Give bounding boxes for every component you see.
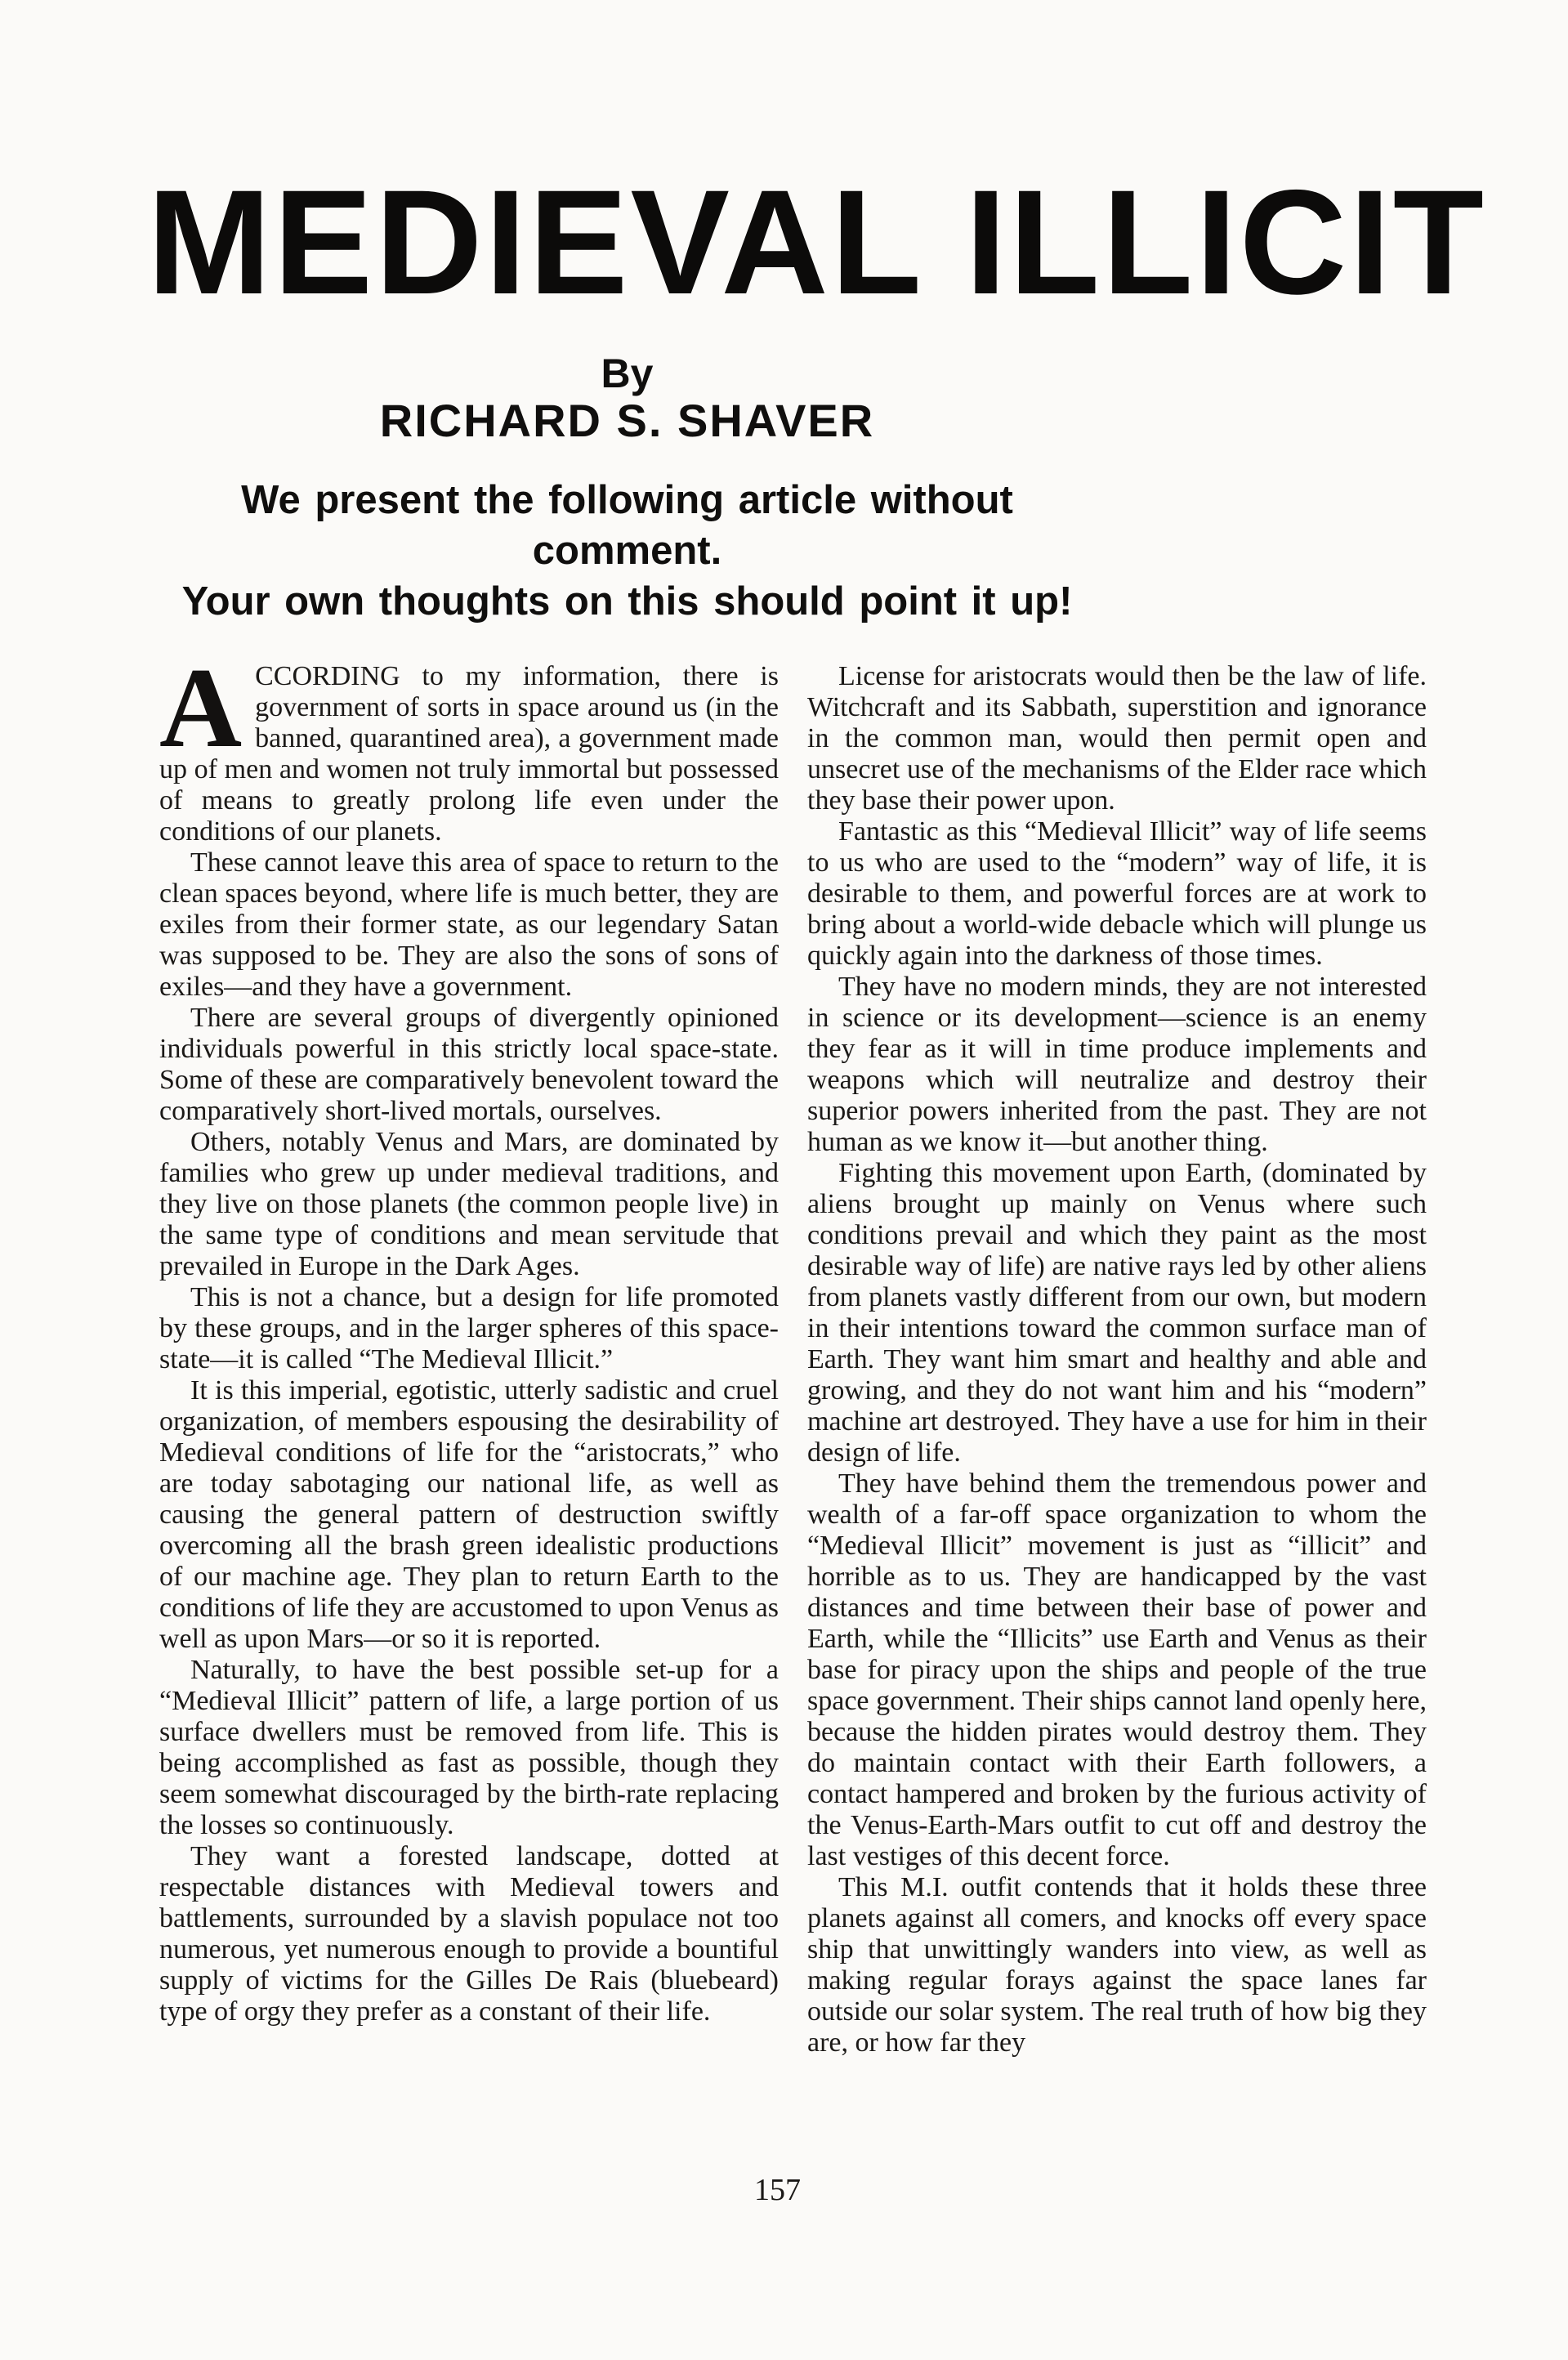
article-paragraph: There are several groups of divergently …: [159, 1003, 779, 1127]
article-paragraph: Others, notably Venus and Mars, are domi…: [159, 1127, 779, 1282]
article-paragraph: This is not a chance, but a design for l…: [159, 1282, 779, 1375]
right-column: License for aristocrats would then be th…: [807, 661, 1427, 2058]
byline: By RICHARD S. SHAVER: [151, 351, 1103, 445]
author-name: RICHARD S. SHAVER: [151, 396, 1103, 445]
article-body: ACCORDING to my information, there is go…: [159, 661, 1427, 2058]
article-paragraph: Naturally, to have the best possible set…: [159, 1655, 779, 1841]
article-paragraph: They want a forested landscape, dotted a…: [159, 1841, 779, 2027]
article-paragraph: License for aristocrats would then be th…: [807, 661, 1427, 816]
article-paragraph: This M.I. outfit contends that it holds …: [807, 1872, 1427, 2058]
standfirst-line-2: Your own thoughts on this should point i…: [151, 576, 1103, 627]
dropcap-letter: A: [159, 664, 242, 753]
standfirst-line-1: We present the following article without…: [151, 475, 1103, 576]
article-paragraph: Fighting this movement upon Earth, (domi…: [807, 1158, 1427, 1468]
article-paragraph: It is this imperial, egotistic, utterly …: [159, 1375, 779, 1655]
article-paragraph: They have no modern minds, they are not …: [807, 972, 1427, 1158]
article-paragraph: These cannot leave this area of space to…: [159, 847, 779, 1003]
article-paragraph: They have behind them the tremendous pow…: [807, 1468, 1427, 1872]
byline-prefix: By: [151, 351, 1103, 396]
article-paragraph: ACCORDING to my information, there is go…: [159, 661, 779, 847]
standfirst: We present the following article without…: [151, 475, 1103, 627]
paragraph-text: CCORDING to my information, there is gov…: [159, 661, 779, 847]
article-paragraph: Fantastic as this “Medieval Illicit” way…: [807, 816, 1427, 972]
magazine-page: MEDIEVAL ILLICIT By RICHARD S. SHAVER We…: [0, 0, 1568, 2360]
page-number: 157: [0, 2172, 1561, 2208]
left-column: ACCORDING to my information, there is go…: [159, 661, 779, 2058]
article-title: MEDIEVAL ILLICIT: [33, 0, 1568, 316]
